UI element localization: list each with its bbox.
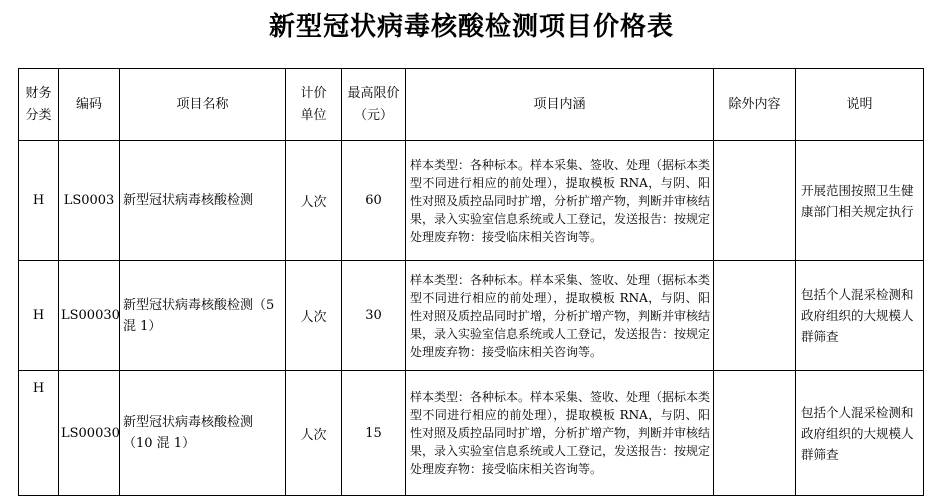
cell-finance-class: H xyxy=(19,141,59,261)
header-note: 说明 xyxy=(796,69,924,141)
cell-project-name: 新型冠状病毒核酸检测 xyxy=(120,141,286,261)
cell-project-content: 样本类型：各种标本。样本采集、签收、处理（据标本类型不同进行相应的前处理），提取… xyxy=(406,261,714,371)
cell-project-name: 新型冠状病毒核酸检测（10 混 1） xyxy=(120,371,286,496)
cell-finance-class: H xyxy=(19,371,59,496)
cell-max-price: 60 xyxy=(342,141,406,261)
cell-code: LS000302 xyxy=(59,371,120,496)
header-max-price: 最高限价 （元） xyxy=(342,69,406,141)
header-finance-class: 财务 分类 xyxy=(19,69,59,141)
cell-note: 开展范围按照卫生健康部门相关规定执行 xyxy=(796,141,924,261)
cell-pricing-unit: 人次 xyxy=(286,261,342,371)
cell-exclusion xyxy=(714,261,796,371)
cell-note: 包括个人混采检测和政府组织的大规模人群筛查 xyxy=(796,261,924,371)
header-project-name: 项目名称 xyxy=(120,69,286,141)
cell-project-content: 样本类型：各种标本。样本采集、签收、处理（据标本类型不同进行相应的前处理），提取… xyxy=(406,141,714,261)
cell-pricing-unit: 人次 xyxy=(286,141,342,261)
cell-max-price: 15 xyxy=(342,371,406,496)
header-exclusion: 除外内容 xyxy=(714,69,796,141)
cell-note: 包括个人混采检测和政府组织的大规模人群筛查 xyxy=(796,371,924,496)
cell-project-name: 新型冠状病毒核酸检测（5 混 1） xyxy=(120,261,286,371)
cell-exclusion xyxy=(714,141,796,261)
header-project-content: 项目内涵 xyxy=(406,69,714,141)
table-row: H LS000301 新型冠状病毒核酸检测（5 混 1） 人次 30 样本类型：… xyxy=(19,261,924,371)
cell-pricing-unit: 人次 xyxy=(286,371,342,496)
table-row: H LS0003 新型冠状病毒核酸检测 人次 60 样本类型：各种标本。样本采集… xyxy=(19,141,924,261)
cell-exclusion xyxy=(714,371,796,496)
cell-project-content: 样本类型：各种标本。样本采集、签收、处理（据标本类型不同进行相应的前处理），提取… xyxy=(406,371,714,496)
table-header-row: 财务 分类 编码 项目名称 计价 单位 最高限价 （元） 项目内涵 除外内容 说… xyxy=(19,69,924,141)
header-pricing-unit: 计价 单位 xyxy=(286,69,342,141)
cell-max-price: 30 xyxy=(342,261,406,371)
document-page: 新型冠状病毒核酸检测项目价格表 财务 分类 编码 项目名称 计价 单位 最高限价… xyxy=(0,8,943,501)
header-code: 编码 xyxy=(59,69,120,141)
cell-finance-class: H xyxy=(19,261,59,371)
page-title: 新型冠状病毒核酸检测项目价格表 xyxy=(0,8,943,46)
cell-code: LS000301 xyxy=(59,261,120,371)
cell-code: LS0003 xyxy=(59,141,120,261)
table-row: H LS000302 新型冠状病毒核酸检测（10 混 1） 人次 15 样本类型… xyxy=(19,371,924,496)
price-table: 财务 分类 编码 项目名称 计价 单位 最高限价 （元） 项目内涵 除外内容 说… xyxy=(18,68,924,496)
